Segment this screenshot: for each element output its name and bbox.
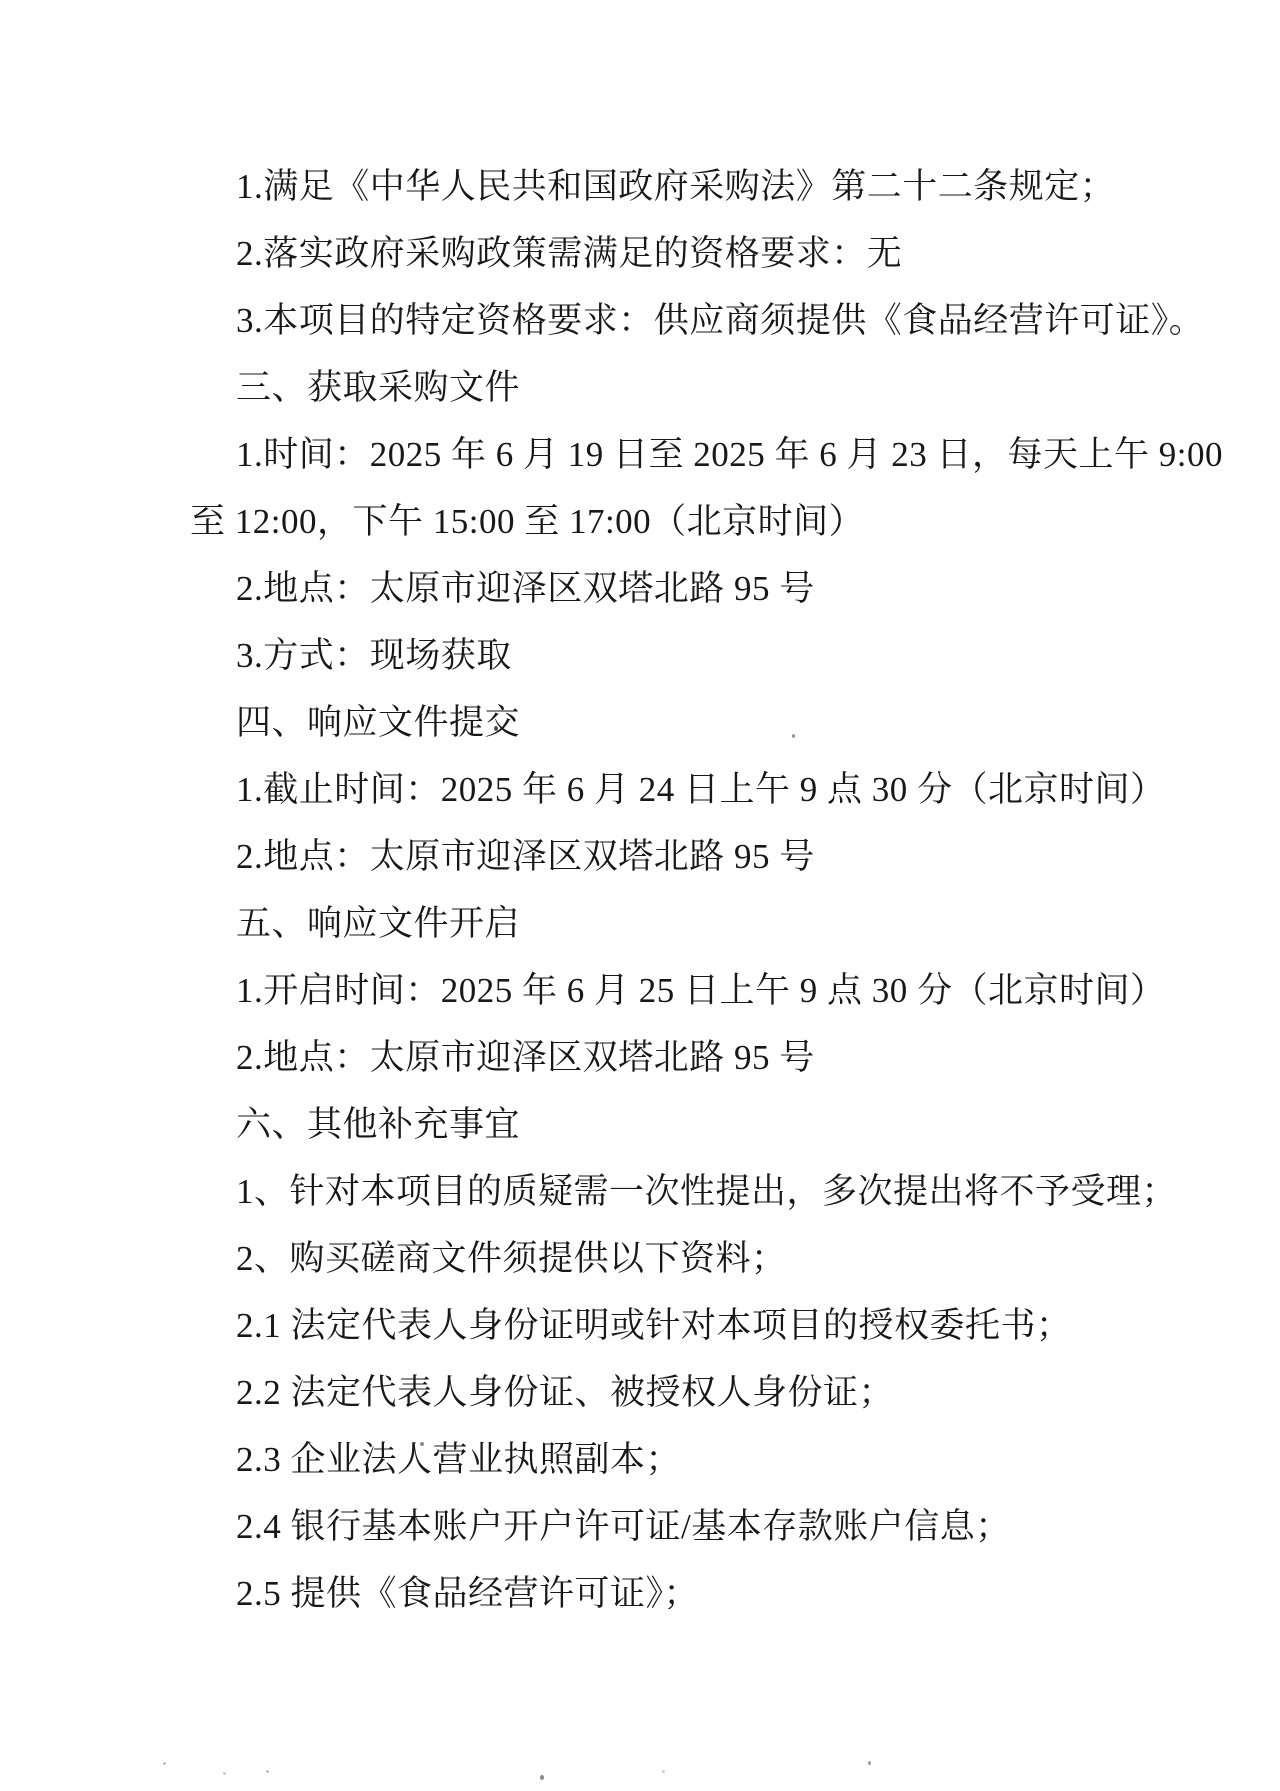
doc-line-material-2-4: 2.4 银行基本账户开户许可证/基本存款账户信息； <box>190 1493 1220 1560</box>
scan-speck <box>266 1770 269 1773</box>
doc-line-obtain-time-continued: 至 12:00，下午 15:00 至 17:00（北京时间） <box>190 488 1220 555</box>
doc-line-qualification-2: 2.落实政府采购政策需满足的资格要求：无 <box>190 220 1220 287</box>
scan-speck <box>494 726 498 731</box>
doc-line-obtain-method: 3.方式：现场获取 <box>190 622 1220 689</box>
document-page: 1.满足《中华人民共和国政府采购法》第二十二条规定； 2.落实政府采购政策需满足… <box>0 0 1280 1791</box>
doc-line-supplementary-1: 1、针对本项目的质疑需一次性提出，多次提出将不予受理； <box>190 1158 1220 1225</box>
doc-line-material-2-1: 2.1 法定代表人身份证明或针对本项目的授权委托书； <box>190 1292 1220 1359</box>
doc-line-qualification-1: 1.满足《中华人民共和国政府采购法》第二十二条规定； <box>190 153 1220 220</box>
scan-speck <box>163 1762 166 1765</box>
doc-line-material-2-5: 2.5 提供《食品经营许可证》； <box>190 1560 1220 1627</box>
doc-line-opening-location: 2.地点：太原市迎泽区双塔北路 95 号 <box>190 1024 1220 1091</box>
document-body: 1.满足《中华人民共和国政府采购法》第二十二条规定； 2.落实政府采购政策需满足… <box>190 153 1220 1627</box>
doc-line-supplementary-2: 2、购买磋商文件须提供以下资料； <box>190 1225 1220 1292</box>
doc-line-opening-time: 1.开启时间：2025 年 6 月 25 日上午 9 点 30 分（北京时间） <box>190 957 1220 1024</box>
scan-speck <box>540 1775 544 1780</box>
section-heading-5-response-opening: 五、响应文件开启 <box>190 890 1220 957</box>
doc-line-material-2-3: 2.3 企业法人营业执照副本； <box>190 1426 1220 1493</box>
doc-line-submission-location: 2.地点：太原市迎泽区双塔北路 95 号 <box>190 823 1220 890</box>
doc-line-material-2-2: 2.2 法定代表人身份证、被授权人身份证； <box>190 1359 1220 1426</box>
section-heading-6-supplementary: 六、其他补充事宜 <box>190 1091 1220 1158</box>
section-heading-3-obtain-documents: 三、获取采购文件 <box>190 354 1220 421</box>
doc-line-obtain-time: 1.时间：2025 年 6 月 19 日至 2025 年 6 月 23 日，每天… <box>190 421 1220 488</box>
doc-line-submission-deadline: 1.截止时间：2025 年 6 月 24 日上午 9 点 30 分（北京时间） <box>190 756 1220 823</box>
section-heading-4-response-submission: 四、响应文件提交 <box>190 689 1220 756</box>
scan-speck <box>662 1770 665 1773</box>
doc-line-qualification-3: 3.本项目的特定资格要求：供应商须提供《食品经营许可证》。 <box>190 287 1220 354</box>
scan-speck <box>223 1772 226 1775</box>
scan-speck <box>868 1761 871 1765</box>
doc-line-obtain-location: 2.地点：太原市迎泽区双塔北路 95 号 <box>190 555 1220 622</box>
scan-speck <box>792 734 795 738</box>
scan-speck <box>420 1442 424 1446</box>
